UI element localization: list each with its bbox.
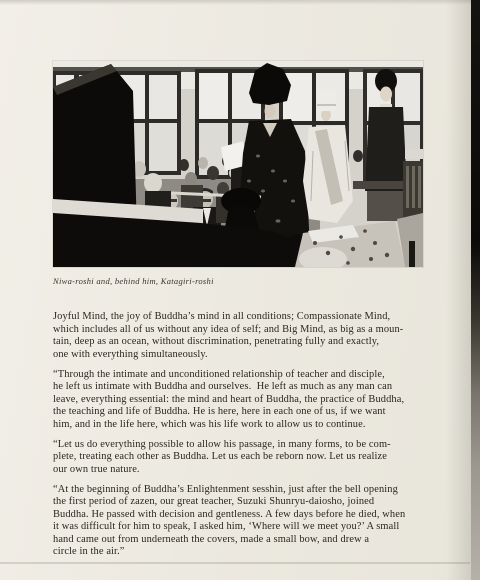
paragraph-let-us-do-everything: “Let us do everything possible to allow … xyxy=(53,439,445,477)
page-curl-shadow xyxy=(446,0,472,580)
scan-edge-right xyxy=(471,0,480,580)
paragraph-joyful-mind: Joyful Mind, the joy of Buddha’s mind in… xyxy=(53,311,445,361)
paragraph-through-the-intimate: “Through the intimate and unconditioned … xyxy=(53,369,445,432)
body-text: Joyful Mind, the joy of Buddha’s mind in… xyxy=(53,311,445,566)
scanned-book-page: Niwa-roshi and, behind him, Katagiri-ros… xyxy=(0,0,480,580)
photo-caption: Niwa-roshi and, behind him, Katagiri-ros… xyxy=(53,276,423,287)
paragraph-at-the-beginning: “At the beginning of Buddha’s Enlightenm… xyxy=(53,484,445,559)
scan-edge-top xyxy=(0,0,480,5)
ceremony-photograph xyxy=(53,61,423,267)
